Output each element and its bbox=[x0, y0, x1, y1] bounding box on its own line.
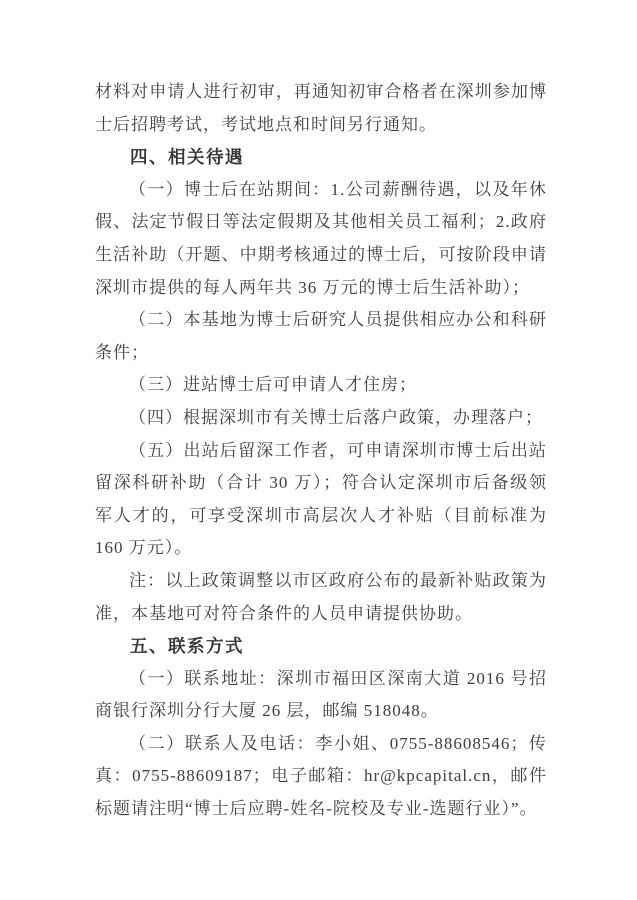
para-intro-continuation: 材料对申请人进行初审，再通知初审合格者在深圳参加博士后招聘考试，考试地点和时间另… bbox=[95, 76, 547, 141]
para-benefit-2-office-research: （二）本基地为博士后研究人员提供相应办公和科研条件； bbox=[95, 304, 547, 369]
section-heading-contact: 五、联系方式 bbox=[95, 630, 547, 663]
para-contact-person-phone-email: （二）联系人及电话：李小姐、0755-88608546；传真：0755-8860… bbox=[95, 728, 547, 826]
document-page: 材料对申请人进行初审，再通知初审合格者在深圳参加博士后招聘考试，考试地点和时间另… bbox=[0, 0, 637, 900]
para-benefit-1-salary-subsidy: （一）博士后在站期间：1.公司薪酬待遇，以及年休假、法定节假日等法定假期及其他相… bbox=[95, 174, 547, 304]
para-benefit-5-post-station-subsidy: （五）出站后留深工作者，可申请深圳市博士后出站留深科研补助（合计 30 万）；符… bbox=[95, 435, 547, 565]
para-benefit-3-housing: （三）进站博士后可申请人才住房； bbox=[95, 369, 547, 402]
para-policy-note: 注：以上政策调整以市区政府公布的最新补贴政策为准，本基地可对符合条件的人员申请提… bbox=[95, 565, 547, 630]
para-benefit-4-household-registration: （四）根据深圳市有关博士后落户政策，办理落户； bbox=[95, 402, 547, 435]
section-heading-benefits: 四、相关待遇 bbox=[95, 141, 547, 174]
document-body: 材料对申请人进行初审，再通知初审合格者在深圳参加博士后招聘考试，考试地点和时间另… bbox=[95, 76, 547, 826]
para-contact-address: （一）联系地址：深圳市福田区深南大道 2016 号招商银行深圳分行大厦 26 层… bbox=[95, 663, 547, 728]
